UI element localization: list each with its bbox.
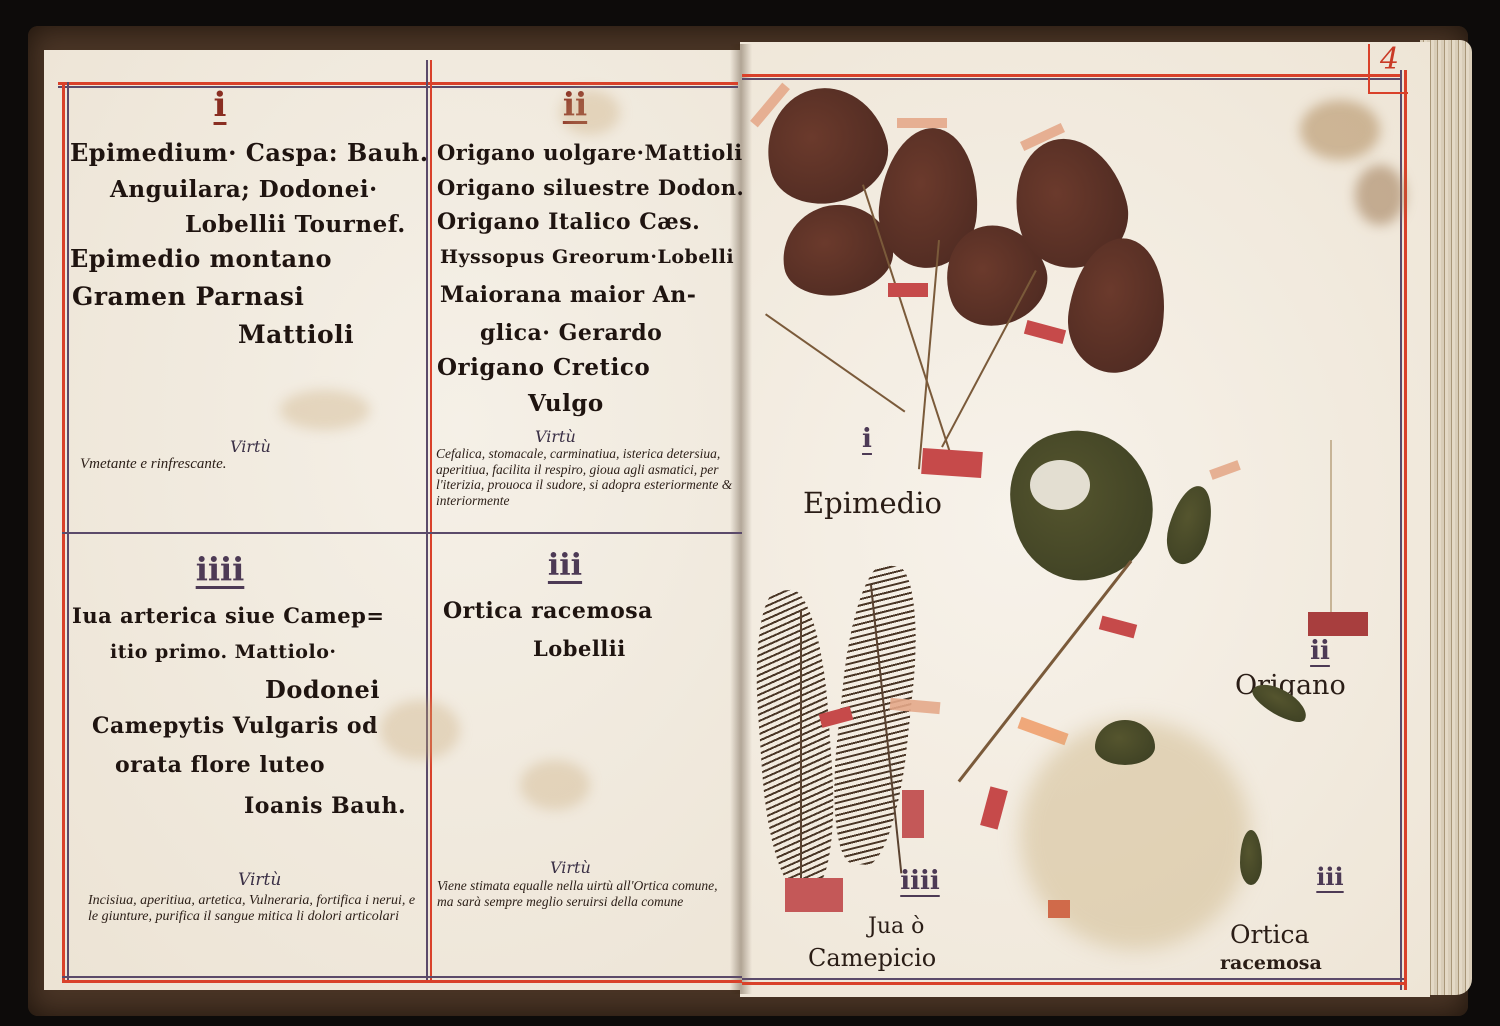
stain — [520, 760, 590, 810]
specimen-label-epimedio: Epimedio — [803, 486, 942, 520]
numeral-iii: iii — [525, 548, 605, 583]
stem — [1330, 440, 1332, 620]
rule-bottom-inner — [742, 978, 1404, 980]
name-line: orata flore luteo — [115, 752, 325, 778]
specimen-numeral-i: i — [852, 424, 882, 454]
name-line: Origano siluestre Dodon. — [437, 175, 744, 200]
tape — [1048, 900, 1070, 918]
name-line: Maiorana maior An- — [440, 282, 696, 308]
name-line: Epimedio montano — [70, 244, 332, 273]
specimen-numeral-ii: ii — [1300, 636, 1340, 666]
virtu-text: Incisiua, aperitiua, artetica, Vulnerari… — [88, 893, 423, 925]
name-line: itio primo. Mattiolo· — [110, 641, 336, 663]
stain — [1355, 165, 1405, 225]
name-line: Lobellii — [533, 636, 626, 661]
name-line: glica· Gerardo — [480, 320, 662, 346]
numeral-iiii: iiii — [170, 550, 270, 588]
tape — [921, 448, 983, 478]
specimen-label-ortica-line1: Ortica — [1230, 920, 1309, 949]
tape — [902, 790, 924, 838]
virtu-text: Vmetante e rinfrescante. — [80, 456, 400, 473]
name-line: Dodonei — [265, 675, 380, 704]
leaf-fragment — [1095, 720, 1155, 765]
virtu-label: Virtù — [535, 427, 576, 446]
name-line: Gramen Parnasi — [72, 282, 304, 311]
specimen-label-iua-line2: Camepicio — [808, 944, 936, 972]
rule-top-inner — [742, 78, 1400, 80]
name-line: Lobellii Tournef. — [185, 211, 406, 238]
page-number: 4 — [1380, 42, 1399, 77]
name-line: Ioanis Bauh. — [244, 793, 406, 819]
specimen-numeral-iii: iii — [1310, 862, 1350, 891]
rule-bottom — [742, 982, 1404, 985]
rule-bottom-inner — [62, 976, 742, 978]
tape — [897, 118, 947, 128]
name-line: Mattioli — [238, 320, 354, 349]
name-line: Iua arterica siue Camep= — [72, 603, 384, 628]
rule-corner — [1368, 44, 1370, 94]
name-line: Origano Italico Cæs. — [437, 209, 700, 235]
rule-top — [58, 82, 738, 85]
virtu-text: Cefalica, stomacale, carminatiua, isteri… — [436, 446, 736, 508]
rule-center-red — [430, 60, 432, 980]
name-line: Hyssopus Greorum·Lobelli — [440, 246, 734, 268]
virtu-label: Virtù — [238, 870, 281, 890]
specimen-label-ortica-line2: racemosa — [1220, 952, 1322, 974]
leaf-hole — [1030, 460, 1090, 510]
name-line: Origano Cretico — [437, 354, 650, 381]
name-line: Epimedium· Caspa: Bauh. — [70, 138, 429, 167]
tape — [1308, 612, 1368, 636]
stain — [1300, 100, 1380, 160]
virtu-text: Viene stimata equalle nella uirtù all'Or… — [437, 878, 737, 909]
rule-corner-h — [1368, 92, 1408, 94]
stain — [380, 700, 460, 760]
name-line: Ortica racemosa — [443, 598, 653, 624]
specimen-numeral-iiii: iiii — [885, 866, 955, 896]
name-line: Anguilara; Dodonei· — [110, 176, 378, 203]
rule-top-inner — [58, 86, 738, 88]
rule-right — [1404, 70, 1407, 990]
stem — [800, 610, 802, 890]
numeral-i: i — [190, 85, 250, 125]
virtu-label: Virtù — [230, 437, 271, 456]
name-line: Vulgo — [528, 390, 604, 417]
rule-bottom — [62, 980, 742, 983]
virtu-label: Virtù — [550, 858, 591, 877]
stain — [560, 90, 620, 135]
specimen-label-iua-line1: Jua ò — [868, 914, 924, 939]
tape — [888, 283, 928, 297]
rule-middle — [62, 532, 742, 534]
rule-top — [742, 74, 1400, 77]
name-line: Camepytis Vulgaris od — [92, 713, 378, 739]
name-line: Origano uolgare·Mattioli — [437, 140, 743, 165]
rule-center — [426, 60, 428, 980]
tape — [785, 878, 843, 912]
stain — [280, 390, 370, 430]
